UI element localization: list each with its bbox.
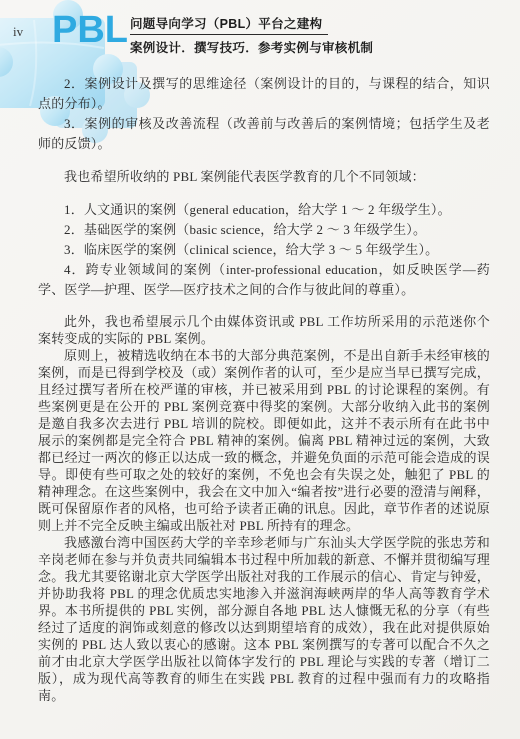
page-header: iv PBL 问题导向学习（PBL）平台之建构 案例设计．撰写技巧．参考实例与审… bbox=[0, 0, 520, 70]
paragraph-intro-domains: 我也希望所收纳的 PBL 案例能代表医学教育的几个不同领域： bbox=[38, 167, 490, 187]
pbl-logo: PBL bbox=[52, 10, 128, 50]
paragraph-domain-2: 2．基础医学的案例（basic science，给大学 2 ～ 3 年级学生）。 bbox=[38, 220, 490, 240]
book-page: iv PBL 问题导向学习（PBL）平台之建构 案例设计．撰写技巧．参考实例与审… bbox=[0, 0, 520, 739]
paragraph-principles: 原则上，被精选收纳在本书的大部分典范案例，不是出自新手未经审核的案例，而是已得到… bbox=[38, 347, 490, 534]
page-number: iv bbox=[13, 24, 23, 40]
book-title: 问题导向学习（PBL）平台之建构 bbox=[130, 14, 350, 32]
paragraph-domain-1: 1．人文通识的案例（general education，给大学 1 ～ 2 年级… bbox=[38, 200, 490, 220]
paragraph-item-3: 3．案例的审核及改善流程（改善前与改善后的案例情境；包括学生及老师的反馈）。 bbox=[38, 114, 490, 154]
paragraph-acknowledgements: 我感激台湾中国医药大学的辛幸珍老师与广东汕头大学医学院的张忠芳和辛岗老师在参与并… bbox=[38, 534, 490, 704]
paragraph-domain-3: 3．临床医学的案例（clinical science，给大学 3 ～ 5 年级学… bbox=[38, 240, 490, 260]
title-divider bbox=[130, 34, 328, 35]
book-subtitle: 案例设计．撰写技巧．参考实例与审核机制 bbox=[130, 38, 350, 56]
paragraph-examples: 此外，我也希望展示几个由媒体资讯或 PBL 工作坊所采用的示范迷你个案转变成的实… bbox=[38, 313, 490, 347]
header-titles: 问题导向学习（PBL）平台之建构 案例设计．撰写技巧．参考实例与审核机制 bbox=[130, 14, 350, 56]
paragraph-domain-4: 4．跨专业领域间的案例（inter-professional education… bbox=[38, 260, 490, 300]
page-body: 2．案例设计及撰写的思维途径（案例设计的目的，与课程的结合，知识点的分布）。 3… bbox=[38, 74, 490, 704]
paragraph-item-2: 2．案例设计及撰写的思维途径（案例设计的目的，与课程的结合，知识点的分布）。 bbox=[38, 74, 490, 114]
